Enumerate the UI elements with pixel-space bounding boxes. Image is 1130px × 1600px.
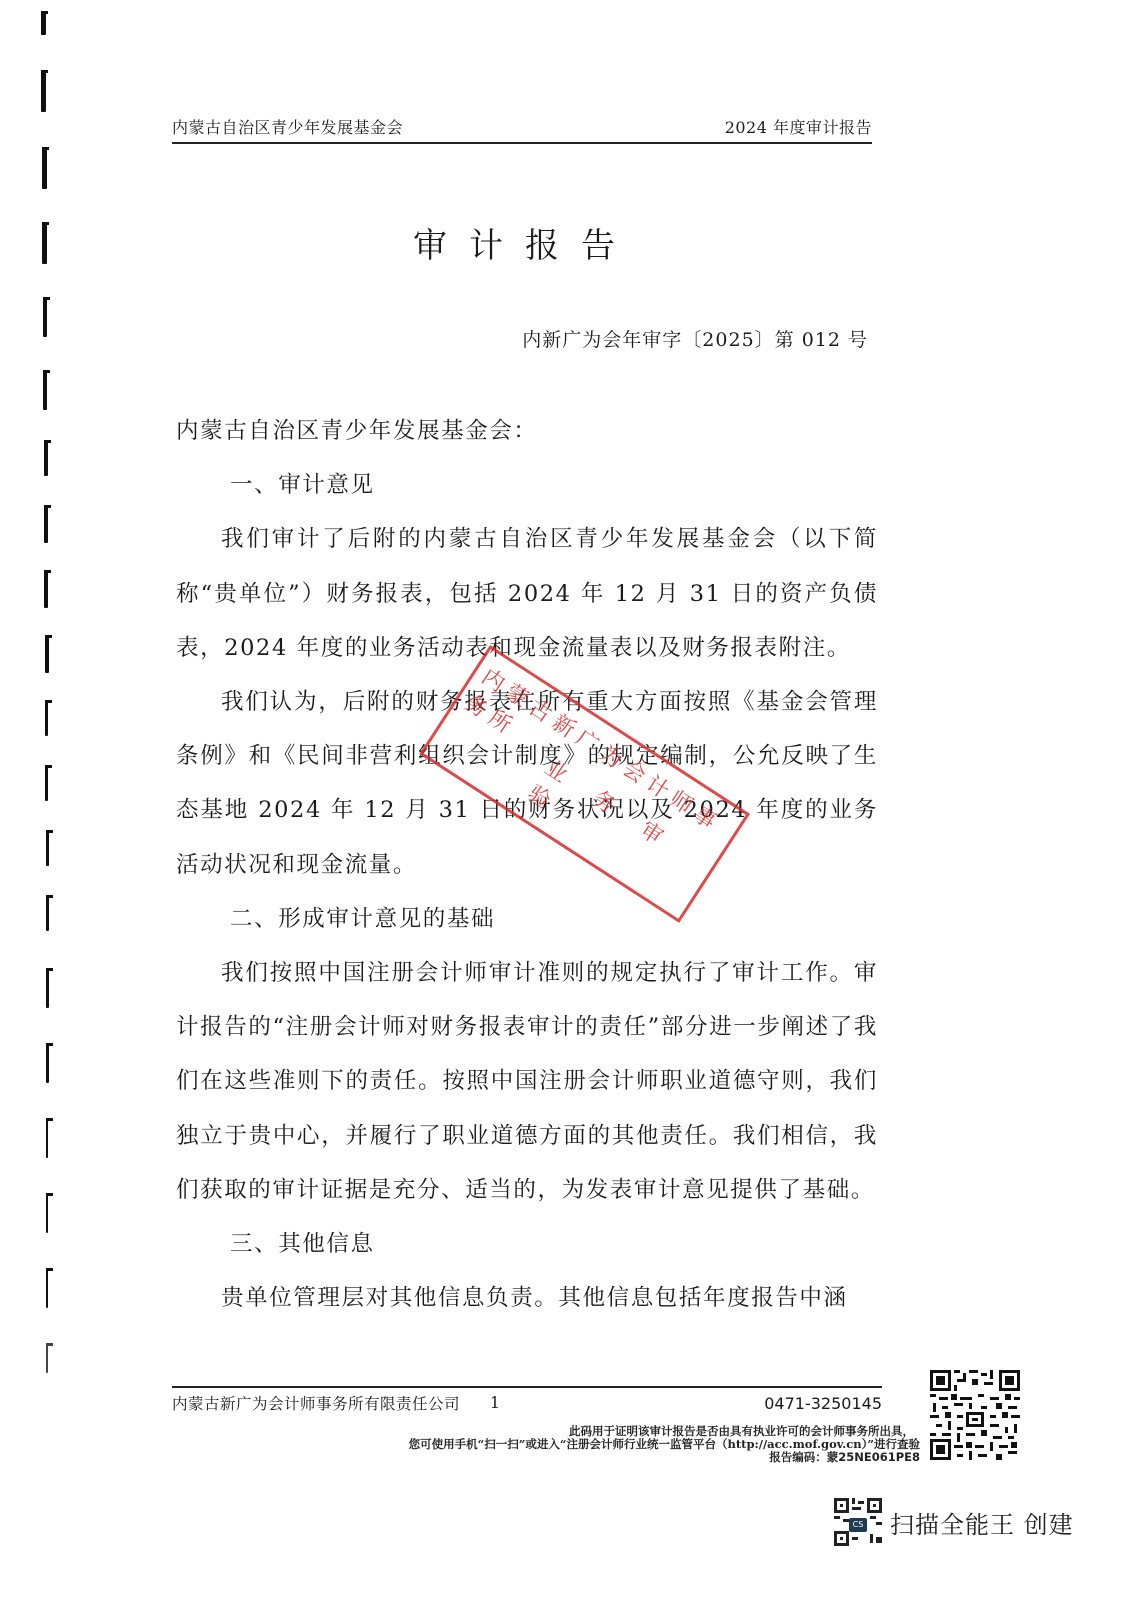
binding-mark (46, 968, 49, 1008)
binding-mark (41, 70, 46, 112)
binding-marks (0, 0, 80, 1420)
page-number: 1 (490, 1394, 500, 1412)
paragraph-basis: 我们按照中国注册会计师审计准则的规定执行了审计工作。审计报告的“注册会计师对财务… (176, 946, 878, 1217)
section-heading-basis: 二、形成审计意见的基础 (176, 892, 878, 946)
page-footer: 内蒙古新广为会计师事务所有限责任公司 1 0471-3250145 (172, 1386, 882, 1414)
verification-line-3: 报告编码：蒙25NE061PE8 (409, 1451, 920, 1464)
footer-phone: 0471-3250145 (764, 1394, 882, 1413)
paragraph-audit-scope: 我们审计了后附的内蒙古自治区青少年发展基金会（以下简称“贵单位”）财务报表，包括… (176, 512, 878, 675)
binding-mark (42, 147, 47, 189)
verification-qr-code-icon[interactable] (930, 1370, 1020, 1460)
document-title: 审计报告 (0, 218, 1050, 267)
binding-mark (46, 1268, 48, 1308)
footer-firm-name: 内蒙古新广为会计师事务所有限责任公司 (172, 1392, 460, 1414)
document-body: 内蒙古自治区青少年发展基金会： 一、审计意见 我们审计了后附的内蒙古自治区青少年… (176, 404, 878, 1325)
paragraph-other-info: 贵单位管理层对其他信息负责。其他信息包括年度报告中涵 (176, 1271, 878, 1325)
binding-mark (43, 370, 47, 410)
header-organization: 内蒙古自治区青少年发展基金会 (172, 115, 403, 138)
scanner-watermark: CS 扫描全能王 创建 (834, 1498, 1074, 1546)
salutation: 内蒙古自治区青少年发展基金会： (176, 404, 878, 458)
binding-mark (45, 635, 49, 673)
binding-mark (41, 11, 46, 35)
section-heading-other-info: 三、其他信息 (176, 1217, 878, 1271)
header-report-year: 2024 年度审计报告 (725, 115, 872, 138)
scanner-watermark-label: 扫描全能王 创建 (890, 1505, 1074, 1540)
document-number: 内新广为会年审字〔2025〕第 012 号 (522, 325, 868, 352)
camscanner-badge: CS (849, 1518, 867, 1532)
binding-mark (46, 1193, 48, 1233)
binding-mark (46, 895, 49, 931)
binding-mark (45, 765, 48, 801)
binding-mark (46, 1043, 49, 1083)
binding-mark (44, 570, 48, 608)
binding-mark (44, 505, 48, 543)
binding-mark (46, 1343, 48, 1373)
report-code-label: 报告编码： (769, 1450, 827, 1464)
verification-notice: 此码用于证明该审计报告是否由具有执业许可的会计师事务所出具， 您可使用手机“扫一… (409, 1425, 920, 1464)
scanner-qr-icon: CS (834, 1498, 882, 1546)
binding-mark (43, 297, 47, 337)
report-code: 蒙25NE061PE8 (827, 1450, 920, 1464)
binding-mark (46, 1118, 48, 1158)
section-heading-audit-opinion: 一、审计意见 (176, 458, 878, 512)
binding-mark (44, 440, 48, 476)
binding-mark (46, 830, 49, 866)
binding-mark (45, 700, 48, 736)
page-header: 内蒙古自治区青少年发展基金会 2024 年度审计报告 (172, 108, 872, 144)
